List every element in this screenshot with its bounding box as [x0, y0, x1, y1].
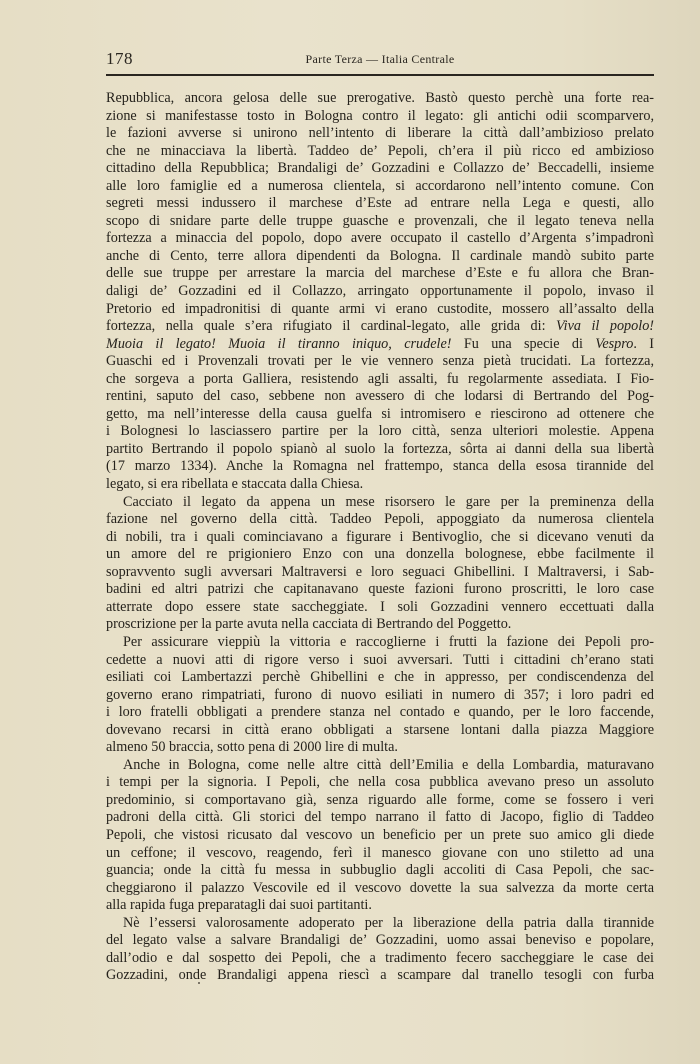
text-line: partito Bertrando il popolo spianò al su… [106, 441, 654, 459]
text-line: di nobili, tra i quali cominciavano a fi… [106, 529, 654, 547]
text-line: Nè l’essersi valorosamente adoperato per… [106, 915, 654, 933]
text-line: Muoia il legato! Muoia il tiranno iniquo… [106, 336, 654, 354]
header-rule [106, 74, 654, 76]
text-line: badini ed altri patrizi che capitanavano… [106, 581, 654, 599]
text-line: governo erano rimpatriati, furono di nuo… [106, 687, 654, 705]
italic-text: Vespro [595, 336, 633, 352]
text-line: (17 marzo 1334). Anche la Romagna nel fr… [106, 458, 654, 476]
text-line: anche di Cento, terre allora dipendenti … [106, 248, 654, 266]
text-line: alla rapida fuga preparatagli dai suoi p… [106, 897, 654, 915]
text-line: rentini, saputo del caso, sebbene non av… [106, 388, 654, 406]
text-line: cittadino della Repubblica; Brandaligi d… [106, 160, 654, 178]
text-line: Repubblica, ancora gelosa delle sue prer… [106, 90, 654, 108]
text-line: esiliati coi Lambertazzi perchè Ghibelli… [106, 669, 654, 687]
italic-text: Muoia il legato! Muoia il tiranno iniquo… [106, 336, 451, 352]
text-line: le fazioni avverse si unirono nell’inten… [106, 125, 654, 143]
paragraph: Anche in Bologna, come nelle altre città… [106, 757, 654, 915]
text-line: Gozzadini, onde Brandaligi appena riescì… [106, 967, 654, 985]
text-line: i Bolognesi lo lasciassero partire per l… [106, 423, 654, 441]
italic-text: Viva il popolo! [556, 318, 654, 334]
text-line: proscrizione per la parte avuta nella ca… [106, 616, 654, 634]
text-line: zione si manifestasse tosto in Bologna c… [106, 108, 654, 126]
text-line: cheggiarono il palazzo Vescovile ed il v… [106, 880, 654, 898]
text-line: un amore del re prigioniero Enzo con una… [106, 546, 654, 564]
text-line: Anche in Bologna, come nelle altre città… [106, 757, 654, 775]
text-line: Per assicurare vieppiù la vittoria e rac… [106, 634, 654, 652]
running-head: Parte Terza — Italia Centrale [106, 52, 654, 67]
body-text: Repubblica, ancora gelosa delle sue prer… [106, 90, 654, 985]
text-line: scopo di snidare parte delle truppe guas… [106, 213, 654, 231]
text-line: dall’odio e dal sospetto dei Pepoli, che… [106, 950, 654, 968]
text-line: dovevano recarsi in città erano obbligat… [106, 722, 654, 740]
text-line: Guaschi ed i Provenzali trovati per le v… [106, 353, 654, 371]
text-line: atterrate dopo essere state saccheggiate… [106, 599, 654, 617]
text-line: getto, ma nell’interesse della causa gue… [106, 406, 654, 424]
text-line: Pepoli, che vistosi ricusato dal vescovo… [106, 827, 654, 845]
text-line: guancia; onde la città fu messa in subbu… [106, 862, 654, 880]
text-line: del legato valse a salvare Brandaligi de… [106, 932, 654, 950]
text-line: che sorgeva a porta Galliera, resistendo… [106, 371, 654, 389]
text-line: i loro fratelli obbligati a prendere sta… [106, 704, 654, 722]
text-line: che ne minacciava la libertà. Taddeo de’… [106, 143, 654, 161]
text-line: fazione nel governo della città. Taddeo … [106, 511, 654, 529]
text-line: sopravvento sugli avversari Maltraversi … [106, 564, 654, 582]
text-line: alle loro famiglie ed a numerosa cliente… [106, 178, 654, 196]
text-line: i tempi per la signoria. I Pepoli, che n… [106, 774, 654, 792]
book-page: 178 Parte Terza — Italia Centrale Repubb… [0, 0, 700, 1064]
text-line: fortezza a minaccia del popolo, dopo ave… [106, 230, 654, 248]
text-line: Cacciato il legato da appena un mese ris… [106, 494, 654, 512]
text-line: segreti messi indussero il marchese d’Es… [106, 195, 654, 213]
paragraph: Repubblica, ancora gelosa delle sue prer… [106, 90, 654, 494]
paragraph: Nè l’essersi valorosamente adoperato per… [106, 915, 654, 985]
text-line: daligi de’ Gozzadini ed il Collazzo, arr… [106, 283, 654, 301]
text-line: Pretorio ed impadronitisi di quante armi… [106, 301, 654, 319]
text-line: delle sue truppe per arrestare la marcia… [106, 265, 654, 283]
text-line: predominio, si comportavano già, senza r… [106, 792, 654, 810]
paper-speck [198, 982, 200, 984]
text-line: padroni della città. Gli storici del tem… [106, 809, 654, 827]
text-line: almeno 50 braccia, sotto pena di 2000 li… [106, 739, 654, 757]
paragraph: Per assicurare vieppiù la vittoria e rac… [106, 634, 654, 757]
text-line: fortezza, nella quale s’era rifugiato il… [106, 318, 654, 336]
text-line: legato, si era ribellata e staccata dall… [106, 476, 654, 494]
paragraph: Cacciato il legato da appena un mese ris… [106, 494, 654, 634]
page-header: 178 Parte Terza — Italia Centrale [106, 49, 654, 73]
text-line: un ceffone; il vescovo, reagendo, ferì i… [106, 845, 654, 863]
text-line: cedette a nuovi atti di rigore verso i s… [106, 652, 654, 670]
